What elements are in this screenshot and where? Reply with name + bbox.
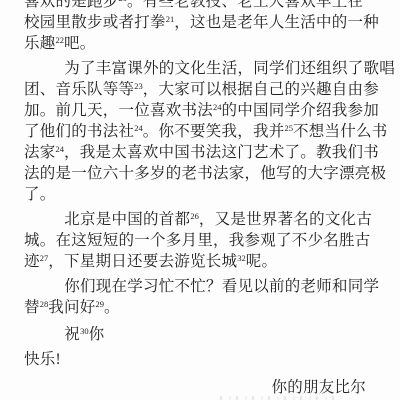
text-segment: 加。前几天，一位喜欢书法 xyxy=(24,102,213,119)
footnote-ref: 28 xyxy=(40,299,49,309)
text-segment: 你 xyxy=(89,326,105,343)
text-segment: 了他们的书法社 xyxy=(24,123,134,140)
text-segment: 校园里散步或者打拳 xyxy=(24,14,166,31)
text-segment: ，这也是老年人生活中的一种 xyxy=(174,14,379,31)
text-line: 校园里散步或者打拳21，这也是老年人生活中的一种 xyxy=(24,12,374,33)
text-segment: 。你不要笑我，我并 xyxy=(143,123,285,140)
text-segment: 城。在这短短的一个多月里，我参观了不少名胜古 xyxy=(24,232,371,249)
text-segment: 喜欢的是跑步 xyxy=(24,0,119,10)
footnote-ref: 25 xyxy=(285,123,294,133)
text-segment: 你们现在学习忙不忙？看见以前的老师和同学 xyxy=(64,278,379,295)
text-segment: 。 xyxy=(104,299,120,316)
text-segment: 为了丰富课外的文化生活，同学们还组织了歌唱 xyxy=(64,60,395,77)
text-segment: 我问好 xyxy=(48,299,95,316)
text-segment: 呢。 xyxy=(246,253,278,270)
text-segment: 法的是一位六十多岁的老书法家，他写的大字漂亮极 xyxy=(24,165,386,182)
footnote-ref: 30 xyxy=(80,326,89,336)
text-line: 加。前几天，一位喜欢书法24的中国同学介绍我参加 xyxy=(24,100,374,121)
text-segment: 法家 xyxy=(24,144,56,161)
text-line: 法的是一位六十多岁的老书法家，他写的大字漂亮极 xyxy=(24,163,374,184)
footnote-ref: 22 xyxy=(56,35,65,45)
text-line: 法家24，我是太喜欢中国书法这门艺术了。教我们书 xyxy=(24,142,374,163)
letter-text-block: 喜欢的是跑步20。有些老教授、老工人喜欢早上在校园里散步或者打拳21，这也是老年… xyxy=(24,0,374,398)
footnote-ref: 21 xyxy=(166,14,175,24)
text-segment: 团、音乐队等等 xyxy=(24,81,134,98)
text-segment: 。有些老教授、老工人喜欢早上在 xyxy=(127,0,363,10)
text-segment: 乐趣 xyxy=(24,35,56,52)
text-line: 喜欢的是跑步20。有些老教授、老工人喜欢早上在 xyxy=(24,0,374,12)
text-segment: 了。 xyxy=(24,186,56,203)
text-line: 了。 xyxy=(24,184,374,205)
footnote-ref: 24 xyxy=(134,123,143,133)
text-line: 快乐! xyxy=(24,349,374,370)
footnote-ref: 32 xyxy=(237,253,246,263)
text-line: 你的朋友比尔 xyxy=(24,377,374,398)
text-segment: ，又是世界著名的文化古 xyxy=(199,211,372,228)
text-segment: ，下星期日还要去游览长城 xyxy=(48,253,237,270)
text-line: 你们现在学习忙不忙？看见以前的老师和同学 xyxy=(24,276,374,297)
text-line: 了他们的书法社24。你不要笑我，我并25不想当什么书 xyxy=(24,121,374,142)
text-segment: 祝 xyxy=(64,326,80,343)
footnote-ref: 29 xyxy=(96,299,105,309)
text-segment: 替 xyxy=(24,299,40,316)
text-segment: 你的朋友比尔 xyxy=(271,379,366,396)
footnote-ref: 24 xyxy=(56,144,65,154)
text-segment: 不想当什么书 xyxy=(293,123,388,140)
footnote-ref: 24 xyxy=(213,102,222,112)
text-line: 城。在这短短的一个多月里，我参观了不少名胜古 xyxy=(24,230,374,251)
text-segment: ，我是太喜欢中国书法这门艺术了。教我们书 xyxy=(64,144,379,161)
text-segment: 快乐! xyxy=(24,351,61,368)
document-page: 喜欢的是跑步20。有些老教授、老工人喜欢早上在校园里散步或者打拳21，这也是老年… xyxy=(0,0,400,400)
text-line: 迹27，下星期日还要去游览长城32呢。 xyxy=(24,251,374,272)
text-segment: 吧。 xyxy=(64,35,96,52)
footnote-ref: 20 xyxy=(119,0,128,3)
footnote-ref: 23 xyxy=(134,81,143,91)
text-line: 祝30你 xyxy=(24,324,374,345)
footnote-ref: 26 xyxy=(190,211,199,221)
text-line: 为了丰富课外的文化生活，同学们还组织了歌唱 xyxy=(24,58,374,79)
text-segment: 的中国同学介绍我参加 xyxy=(222,102,380,119)
text-line: 替28我问好29。 xyxy=(24,297,374,318)
text-segment: ，大家可以根据自己的兴趣自由参 xyxy=(143,81,379,98)
text-line: 团、音乐队等等23，大家可以根据自己的兴趣自由参 xyxy=(24,79,374,100)
clipped-date-line xyxy=(220,396,340,400)
text-segment: 迹 xyxy=(24,253,40,270)
text-segment: 北京是中国的首都 xyxy=(64,211,190,228)
footnote-ref: 27 xyxy=(40,253,49,263)
text-line: 乐趣22吧。 xyxy=(24,33,374,54)
text-line: 北京是中国的首都26，又是世界著名的文化古 xyxy=(24,209,374,230)
